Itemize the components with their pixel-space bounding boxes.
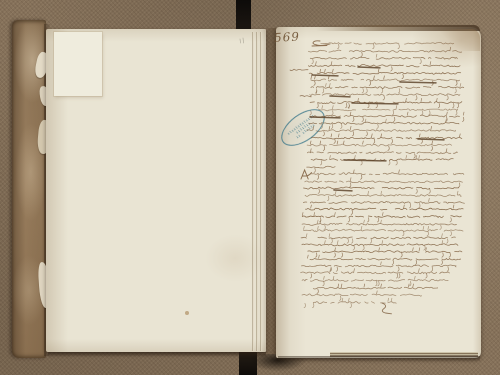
ink-speck: [185, 311, 189, 315]
folio-number: 569: [274, 29, 309, 45]
left-blank-page: [46, 29, 266, 352]
manuscript-photo-scene: 569 ılıılıtılıılı ıılılıı ıı ılıljı: [0, 0, 500, 375]
repair-patch: [54, 32, 102, 96]
page-shadow: [278, 356, 480, 362]
right-written-page: [276, 27, 481, 358]
page-shadow: [48, 352, 266, 357]
cradle-strip-top: [236, 0, 251, 31]
